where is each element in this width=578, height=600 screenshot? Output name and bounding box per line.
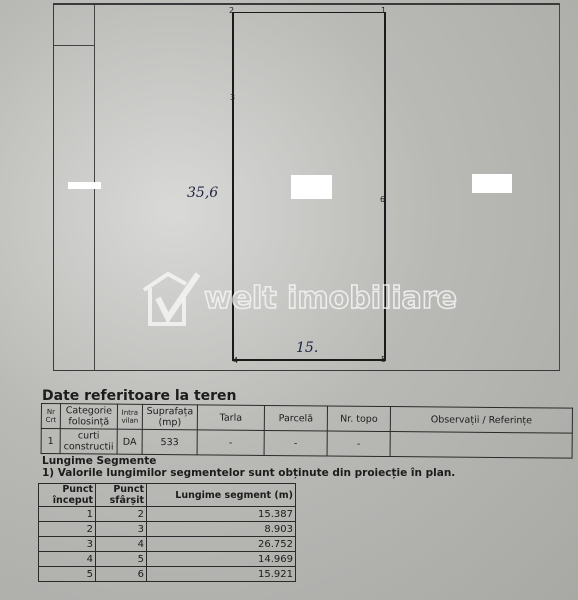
cell-end: 3: [96, 522, 147, 537]
watermark: welt imobiliare: [140, 268, 457, 328]
redaction-mask: [68, 182, 101, 189]
table-header-row: Punct început Punct sfârșit Lungime segm…: [39, 484, 296, 507]
col-header: Observații / Referințe: [390, 407, 572, 434]
cell-end: 5: [96, 552, 147, 567]
cell-parcela: -: [264, 430, 327, 456]
col-header: Intra vilan: [117, 404, 142, 429]
table-row: 1 curti constructii DA 533 - - -: [41, 429, 572, 459]
table-row: 4514.969: [39, 552, 296, 567]
cell-length: 8.903: [147, 522, 296, 537]
table-row: 1215.387: [39, 507, 296, 522]
cell-start: 1: [39, 507, 96, 522]
vertex-label: 3: [230, 93, 235, 102]
vertex-label: 6: [380, 195, 385, 204]
col-header: Punct început: [39, 484, 96, 507]
cell-start: 4: [39, 552, 96, 567]
cell-length: 26.752: [147, 537, 296, 552]
cadastral-document: 2 1 3 6 4 5 35,6 15. welt imobiliare Dat…: [0, 0, 578, 600]
house-check-icon: [140, 268, 200, 328]
watermark-text: welt imobiliare: [204, 281, 457, 316]
segmente-note: 1) Valorile lungimilor segmentelor sunt …: [42, 467, 455, 479]
handwritten-side-length: 35,6: [187, 185, 218, 201]
handwritten-bottom-length: 15.: [296, 340, 318, 356]
segmente-rows: 1215.387238.9033426.7524514.9695615.921: [39, 507, 296, 582]
cell-nr: 1: [41, 429, 60, 454]
segmente-heading: Lungime Segmente 1) Valorile lungimilor …: [42, 455, 455, 479]
teren-title: Date referitoare la teren: [42, 388, 237, 404]
redaction-mask: [472, 174, 512, 193]
col-header: Categorie folosință: [60, 404, 117, 429]
vertex-label: 5: [381, 355, 386, 364]
cell-start: 5: [39, 567, 96, 582]
col-header: Parcelă: [264, 405, 327, 431]
cell-start: 2: [39, 522, 96, 537]
redaction-mask: [291, 175, 332, 199]
col-header: Tarla: [197, 405, 264, 431]
cell-nr-topo: -: [327, 431, 390, 457]
table-row: 3426.752: [39, 537, 296, 552]
cell-end: 6: [96, 567, 147, 582]
vertex-label: 1: [381, 6, 386, 15]
cell-categorie: curti constructii: [60, 429, 117, 454]
cell-suprafata: 533: [142, 429, 197, 454]
cell-length: 15.387: [147, 507, 296, 522]
cell-end: 4: [96, 537, 147, 552]
vertex-label: 4: [233, 356, 238, 365]
table-row: 238.903: [39, 522, 296, 537]
vertex-label: 2: [229, 6, 234, 15]
plan-corner-cell: [54, 5, 94, 46]
cell-end: 2: [96, 507, 147, 522]
segmente-table: Punct început Punct sfârșit Lungime segm…: [38, 483, 296, 582]
col-header: Punct sfârșit: [96, 484, 147, 507]
col-header: Suprafața (mp): [142, 404, 197, 429]
col-header: Nr Crt: [41, 404, 60, 429]
segmente-title: Lungime Segmente: [42, 455, 455, 467]
cell-length: 14.969: [147, 552, 296, 567]
col-header: Lungime segment (m): [147, 484, 296, 507]
cell-intravilan: DA: [117, 429, 142, 454]
cell-length: 15.921: [147, 567, 296, 582]
col-header: Nr. topo: [327, 406, 390, 432]
table-row: 5615.921: [39, 567, 296, 582]
cell-tarla: -: [197, 430, 264, 456]
cell-start: 3: [39, 537, 96, 552]
teren-table: Nr Crt Categorie folosință Intra vilan S…: [41, 403, 573, 459]
